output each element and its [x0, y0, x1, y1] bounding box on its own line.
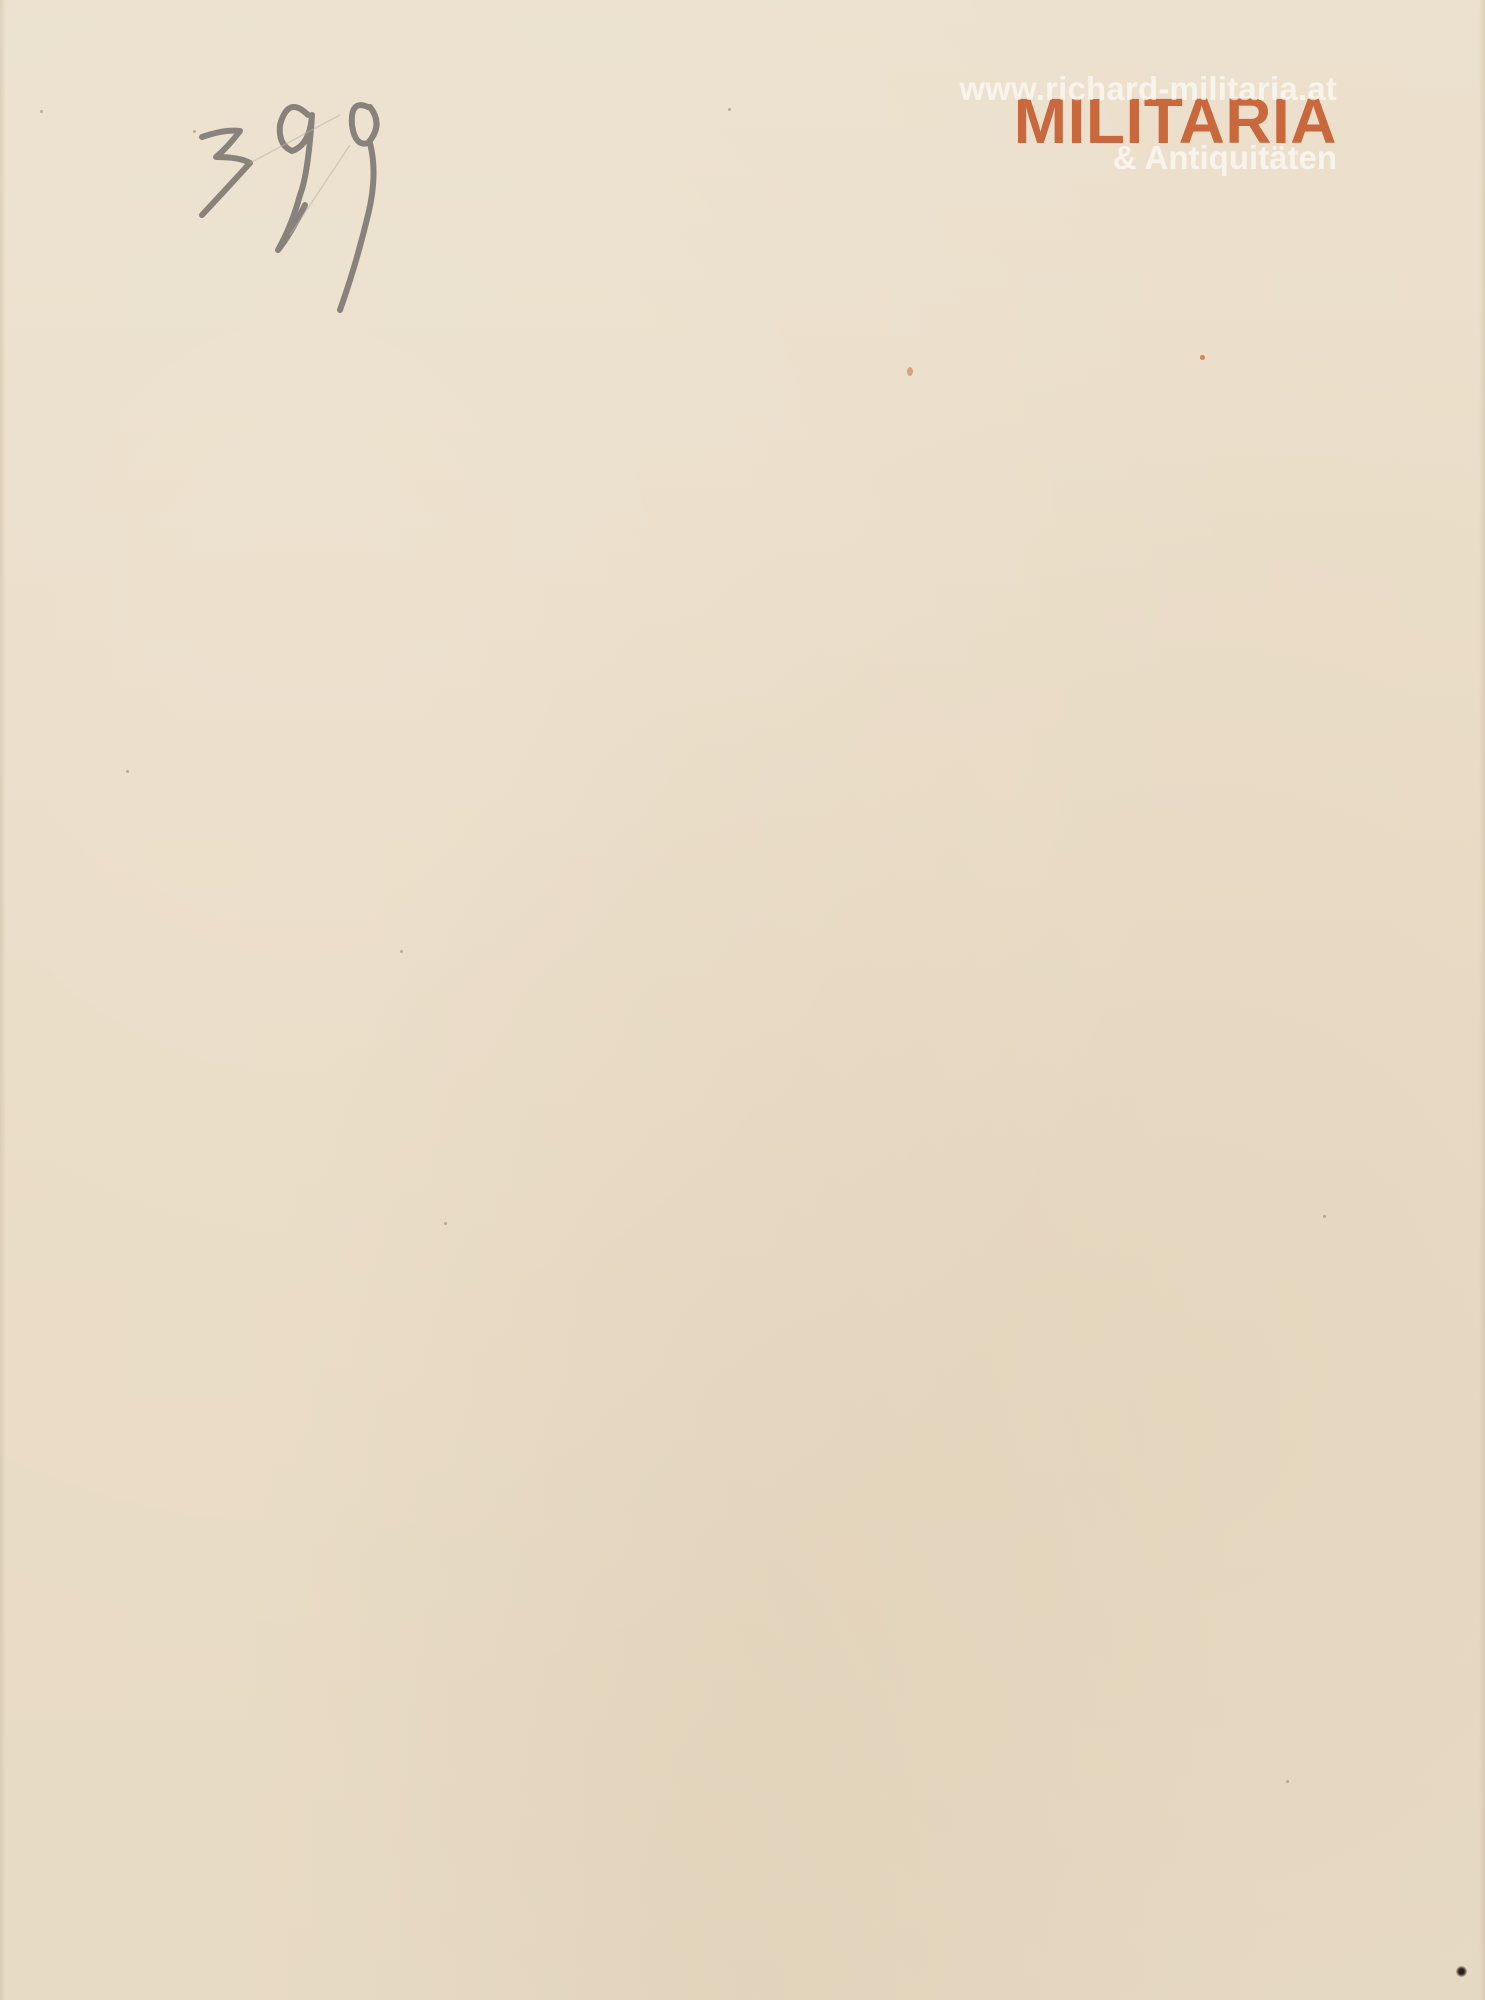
- pencil-handwritten-number: 399: [180, 85, 390, 325]
- foxing-spot: [907, 367, 913, 376]
- watermark-subtitle: & Antiquitäten: [867, 140, 1337, 176]
- pencil-number-glyphs: [180, 85, 390, 325]
- ink-dot: [1456, 1966, 1467, 1977]
- paper-speck: [444, 1222, 447, 1225]
- paper-speck: [728, 108, 731, 111]
- foxing-spot: [1200, 355, 1205, 360]
- paper-speck: [1323, 1215, 1326, 1218]
- paper-speck: [40, 110, 43, 113]
- paper-speck: [1286, 1780, 1289, 1783]
- paper-edge-right: [1479, 0, 1485, 2000]
- watermark: www.richard-militaria.at MILITARIA & Ant…: [867, 70, 1337, 176]
- paper-speck: [193, 130, 196, 133]
- paper-edge-left: [0, 0, 6, 2000]
- watermark-url: www.richard-militaria.at: [867, 70, 1337, 108]
- paper-speck: [126, 770, 129, 773]
- paper-speck: [400, 950, 403, 953]
